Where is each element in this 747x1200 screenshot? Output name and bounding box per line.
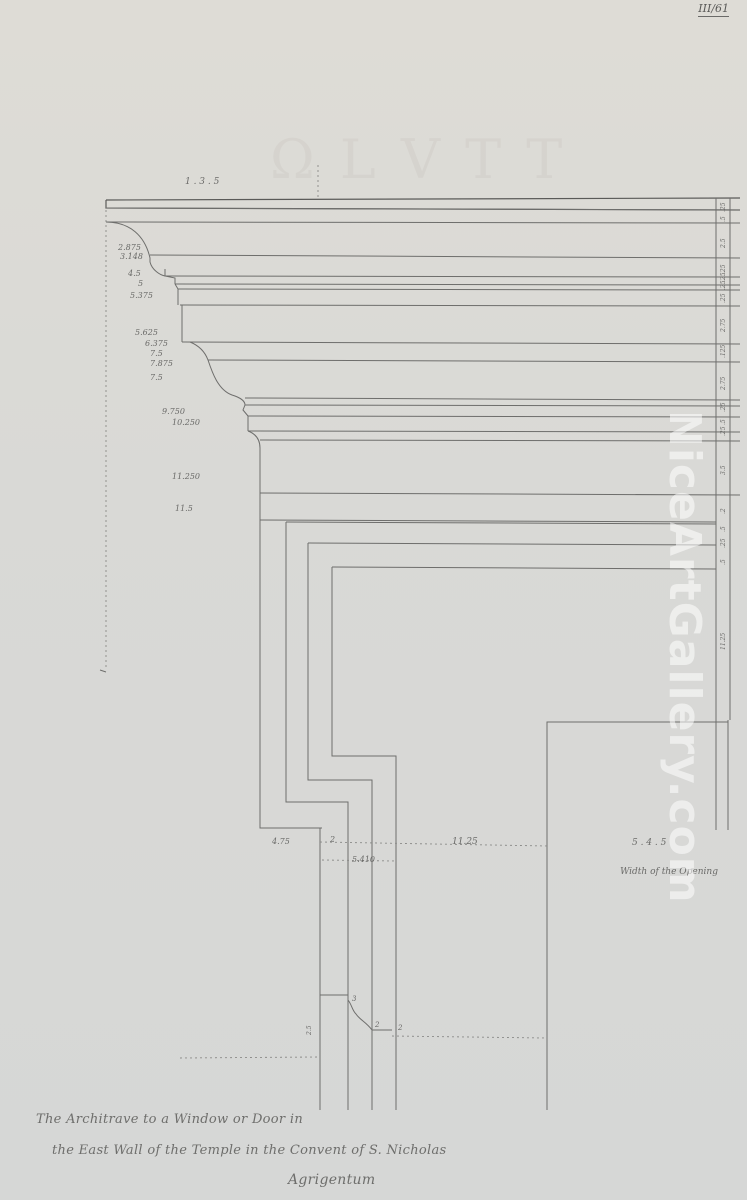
- dim-label: .25: [720, 402, 727, 412]
- dim-label: 5.375: [130, 292, 153, 300]
- dim-label: 11.5: [175, 505, 193, 513]
- drawing-sheet: Ω L V T T III/61: [0, 0, 747, 1200]
- dim-label: 6.375: [145, 340, 168, 348]
- dim-label: .5: [720, 559, 727, 565]
- dim-label: 3.148: [120, 253, 143, 261]
- dim-label: 2.75: [720, 377, 727, 390]
- dim-label: 11.25: [452, 838, 478, 847]
- dim-label: 7.875: [150, 360, 173, 368]
- architrave-elevation-drawing: [0, 0, 747, 1200]
- dim-label: .25: [720, 538, 727, 548]
- dim-label: .5: [720, 526, 727, 532]
- dim-label: 11.25: [720, 633, 727, 650]
- dim-label: 3.5: [720, 465, 727, 475]
- dim-label: .25: [720, 293, 727, 303]
- dim-label: 2.5: [720, 238, 727, 248]
- dim-label: .25: [720, 426, 727, 436]
- dim-label: .125: [720, 345, 727, 358]
- dim-label: 5.625: [135, 329, 158, 337]
- dim-label: .25: [720, 280, 727, 290]
- top-projection-dimension: 1 . 3 . 5: [185, 178, 219, 187]
- dim-label: .5: [720, 216, 727, 222]
- watermark: NiceArtGallery.com: [659, 410, 710, 904]
- dim-label: 2: [398, 1025, 402, 1032]
- dim-label: 2.75: [720, 319, 727, 332]
- dim-label: 9.750: [162, 408, 185, 416]
- dim-label: 2.875: [118, 244, 141, 252]
- dim-label: 4.5: [128, 270, 141, 278]
- dim-label: 7.5: [150, 350, 163, 358]
- caption-line-1: The Architrave to a Window or Door in: [36, 1112, 303, 1127]
- dim-label: 5: [138, 280, 143, 288]
- dim-label: 10.250: [172, 419, 200, 427]
- dim-label: 7.5: [150, 374, 163, 382]
- dim-label: 5.410: [352, 856, 375, 864]
- dim-label: 4.75: [272, 838, 290, 846]
- dim-label: 3: [352, 996, 356, 1003]
- caption-line-2: the East Wall of the Temple in the Conve…: [52, 1143, 446, 1158]
- caption-line-3: Agrigentum: [288, 1172, 375, 1188]
- dim-label: 2.5: [306, 1025, 313, 1035]
- dim-label: 11.250: [172, 473, 200, 481]
- dim-label: .25: [720, 202, 727, 212]
- dim-label: 2: [330, 836, 335, 844]
- dim-label: .2: [720, 508, 727, 514]
- dim-label: 2: [375, 1022, 379, 1029]
- dim-label: .5: [720, 419, 727, 425]
